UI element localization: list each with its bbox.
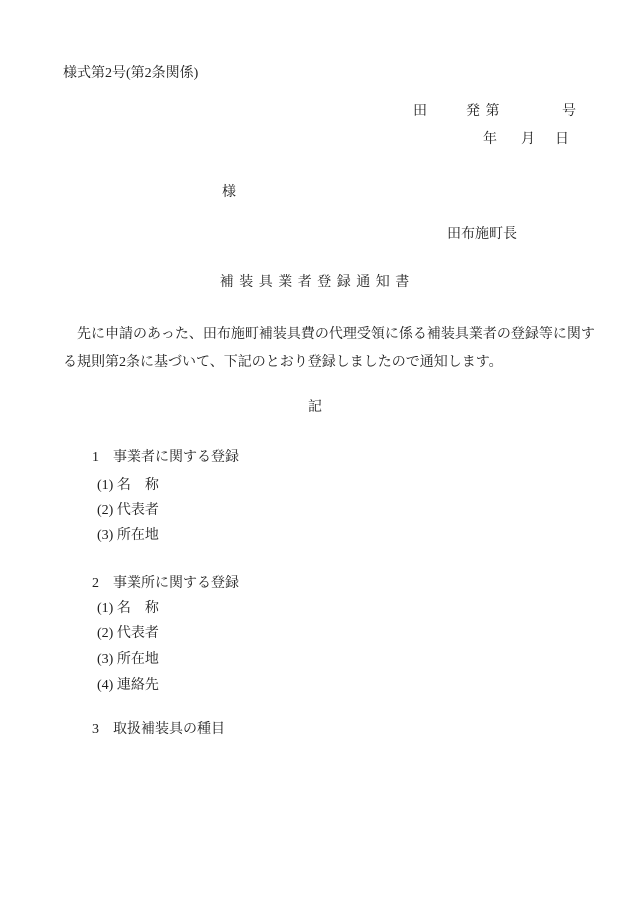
section-2-item-1: (1) 名 称 [97,600,159,618]
document-title: 補 装 具 業 者 登 録 通 知 書 [0,274,630,292]
section-3-number: 3 [92,721,99,739]
doc-number-line: 田 発 第 号 [0,103,630,121]
doc-number-suffix: 号 [562,103,576,121]
section-3-title: 取扱補装具の種目 [113,721,225,739]
list-item: (3) 所在地 [0,651,630,669]
section-1-heading: 1 事業者に関する登録 [0,449,630,467]
section-2-item-2: (2) 代表者 [97,625,159,643]
section-1-number: 1 [92,449,99,467]
list-item: (3) 所在地 [0,527,630,545]
body-line-2: る規則第2条に基づいて、下記のとおり登録しましたので通知します。 [63,349,597,377]
list-item: (4) 連絡先 [0,677,630,695]
form-number: 様式第2号(第2条関係) [63,62,198,82]
section-2-title: 事業所に関する登録 [113,575,239,593]
record-marker: 記 [0,399,630,417]
date-month-label: 月 [521,131,535,149]
section-2-number: 2 [92,575,99,593]
date-year-label: 年 [483,131,497,149]
section-2-heading: 2 事業所に関する登録 [0,575,630,593]
section-2-item-3: (3) 所在地 [97,651,159,669]
section-3-heading: 3 取扱補装具の種目 [0,721,630,739]
body-line-1: 先に申請のあった、田布施町補装具費の代理受領に係る補装具業者の登録等に関す [63,321,597,349]
list-item: (1) 名 称 [0,600,630,618]
list-item: (1) 名 称 [0,477,630,495]
doc-number-label: 発 第 [466,103,501,121]
section-1-title: 事業者に関する登録 [113,449,239,467]
date-day-label: 日 [555,131,569,149]
section-2-item-4: (4) 連絡先 [97,677,159,695]
sender-name: 田布施町長 [447,223,517,243]
section-1-item-1: (1) 名 称 [97,477,159,495]
date-line: 年 月 日 [0,131,630,149]
list-item: (2) 代表者 [0,502,630,520]
document-page: 様式第2号(第2条関係) 田 発 第 号 年 月 日 様 田布施町長 補 装 具… [0,0,630,903]
doc-number-prefix: 田 [413,103,427,121]
list-item: (2) 代表者 [0,625,630,643]
addressee-suffix: 様 [222,181,236,201]
section-1-item-3: (3) 所在地 [97,527,159,545]
section-1-item-2: (2) 代表者 [97,502,159,520]
body-paragraph: 先に申請のあった、田布施町補装具費の代理受領に係る補装具業者の登録等に関す る規… [63,321,597,377]
